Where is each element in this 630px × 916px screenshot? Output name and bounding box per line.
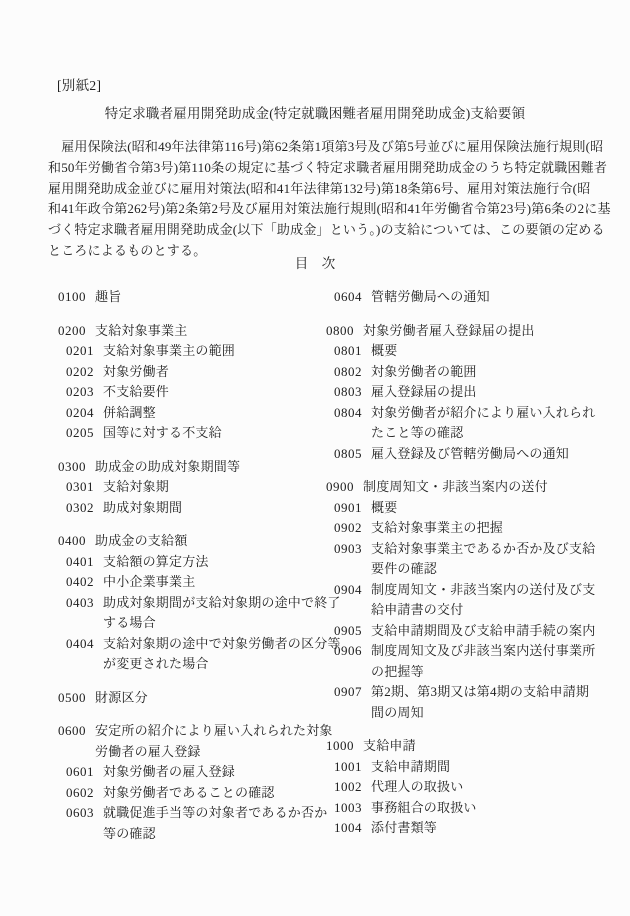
toc-entry: 0901概要	[326, 498, 610, 519]
toc-entry-text: 制度周知文及び非該当案内送付事業所	[371, 641, 595, 662]
toc-group: 0600安定所の紹介により雇い入れられた対象労働者の雇入登録0601対象労働者の…	[58, 721, 326, 844]
toc-entry: 等の確認	[58, 824, 326, 845]
toc-entry-text: 対象労働者の範囲	[371, 362, 477, 383]
toc-group: 0800対象労働者雇入登録届の提出0801概要0802対象労働者の範囲0803雇…	[326, 321, 610, 465]
intro-line: 和41年政令第262号)第2条第2号及び雇用対策法施行規則(昭和41年労働省令第…	[48, 199, 588, 220]
toc-entry: 1000支給申請	[326, 736, 610, 757]
toc-group: 0900制度周知文・非該当案内の送付0901概要0902支給対象事業主の把握09…	[326, 477, 610, 723]
toc-group: 0400助成金の支給額0401支給額の算定方法0402中小企業事業主0403助成…	[58, 531, 326, 675]
toc-entry-num	[66, 824, 103, 845]
toc-entry: 0401支給額の算定方法	[58, 552, 326, 573]
toc-entry-text: 間の周知	[371, 703, 424, 724]
toc-group: 0100趣旨	[58, 287, 326, 308]
toc-entry-num: 1003	[334, 798, 371, 819]
toc-entry: 0804対象労働者が紹介により雇い入れられ	[326, 403, 610, 424]
toc-entry: 0602対象労働者であることの確認	[58, 783, 326, 804]
toc-entry-num: 0205	[66, 423, 103, 444]
toc-entry-text: 支給対象期の途中で対象労働者の区分等	[103, 634, 341, 655]
toc-entry: 0900制度周知文・非該当案内の送付	[326, 477, 610, 498]
toc-entry-text: 等の確認	[103, 824, 156, 845]
toc-entry: 0200支給対象事業主	[58, 321, 326, 342]
toc-group: 0200支給対象事業主0201支給対象事業主の範囲0202対象労働者0203不支…	[58, 321, 326, 444]
toc-entry-num: 0803	[334, 382, 371, 403]
toc-entry-text: 支給対象事業主の把握	[371, 518, 503, 539]
toc-entry-num: 0801	[334, 341, 371, 362]
toc-entry: 0801概要	[326, 341, 610, 362]
toc-group: 1000支給申請1001支給申請期間1002代理人の取扱い1003事務組合の取扱…	[326, 736, 610, 839]
toc-entry: 0204併給調整	[58, 403, 326, 424]
toc-entry-num	[334, 423, 371, 444]
toc-entry-num: 1004	[334, 818, 371, 839]
toc-group: 0604管轄労働局への通知	[326, 287, 610, 308]
toc-entry: 0400助成金の支給額	[58, 531, 326, 552]
toc-entry-num: 0904	[334, 580, 371, 601]
toc-entry: 1004添付書類等	[326, 818, 610, 839]
toc-entry: 0500財源区分	[58, 688, 326, 709]
toc-entry-num: 0200	[58, 321, 95, 342]
toc-entry-num: 0100	[58, 287, 95, 308]
toc-entry-text: 支給額の算定方法	[103, 552, 209, 573]
toc-entry-num: 0903	[334, 539, 371, 560]
toc-entry-text: 支給申請期間	[371, 757, 450, 778]
toc-entry-num	[58, 742, 95, 763]
toc-entry-text: 財源区分	[95, 688, 148, 709]
toc-entry-text: 対象労働者であることの確認	[103, 783, 275, 804]
toc-entry-text: する場合	[103, 613, 156, 634]
toc-entry-text: 概要	[371, 498, 397, 519]
intro-line: 雇用保険法(昭和49年法律第116号)第62条第1項第3号及び第5号並びに雇用保…	[48, 137, 588, 158]
toc-entry-text: 給申請書の交付	[371, 600, 463, 621]
toc-entry-text: 助成金の支給額	[95, 531, 187, 552]
toc-entry: 0802対象労働者の範囲	[326, 362, 610, 383]
toc-entry-num: 1000	[326, 736, 363, 757]
toc-entry-num: 0907	[334, 682, 371, 703]
toc-entry: の把握等	[326, 662, 610, 683]
toc-entry-text: 概要	[371, 341, 397, 362]
toc-entry-num: 0300	[58, 457, 95, 478]
toc-entry-text: 支給申請	[363, 736, 416, 757]
intro-line: づく特定求職者雇用開発助成金(以下「助成金」という。)の支給については、この要領…	[48, 220, 588, 241]
toc-entry-num: 0302	[66, 498, 103, 519]
toc-entry-text: 助成対象期間が支給対象期の途中で終了	[103, 593, 341, 614]
toc-entry-text: 労働者の雇入登録	[95, 742, 201, 763]
toc-entry-text: 代理人の取扱い	[371, 777, 463, 798]
toc-entry-text: 支給申請期間及び支給申請手続の案内	[371, 621, 595, 642]
toc-entry-text: 管轄労働局への通知	[371, 287, 490, 308]
toc-entry-num	[334, 600, 371, 621]
toc-entry-num: 0804	[334, 403, 371, 424]
toc-entry-num: 0601	[66, 762, 103, 783]
toc-entry-text: 不支給要件	[103, 382, 169, 403]
toc-entry: 間の周知	[326, 703, 610, 724]
intro-line: 和50年労働省令第3号)第110条の規定に基づく特定求職者雇用開発助成金のうち特…	[48, 158, 588, 179]
toc-entry-num: 0602	[66, 783, 103, 804]
toc-entry-num: 0902	[334, 518, 371, 539]
toc-entry: 0205国等に対する不支給	[58, 423, 326, 444]
document-title: 特定求職者雇用開発助成金(特定就職困難者雇用開発助成金)支給要領	[0, 102, 630, 122]
toc-entry-num: 0805	[334, 444, 371, 465]
toc-entry-num: 0900	[326, 477, 363, 498]
toc-entry-text: 助成対象期間	[103, 498, 182, 519]
toc-entry: 1002代理人の取扱い	[326, 777, 610, 798]
toc-entry: 0203不支給要件	[58, 382, 326, 403]
toc-entry-num	[334, 703, 371, 724]
toc-entry: 0903支給対象事業主であるか否か及び支給	[326, 539, 610, 560]
toc-entry-num: 0203	[66, 382, 103, 403]
toc-group: 0500財源区分	[58, 688, 326, 709]
toc-entry-num: 0500	[58, 688, 95, 709]
document-page: [別紙2] 特定求職者雇用開発助成金(特定就職困難者雇用開発助成金)支給要領 雇…	[0, 0, 630, 916]
toc-entry-num	[334, 559, 371, 580]
attachment-tag: [別紙2]	[57, 74, 101, 94]
toc-entry-num: 0201	[66, 341, 103, 362]
toc-entry: 0402中小企業事業主	[58, 572, 326, 593]
toc-entry-text: 制度周知文・非該当案内の送付	[363, 477, 548, 498]
toc-entry: 0302助成対象期間	[58, 498, 326, 519]
toc-entry: が変更された場合	[58, 654, 326, 675]
toc-entry-text: の把握等	[371, 662, 424, 683]
toc-entry-num	[66, 654, 103, 675]
toc-entry: 0904制度周知文・非該当案内の送付及び支	[326, 580, 610, 601]
toc-entry-num: 0603	[66, 803, 103, 824]
toc-entry: 0601対象労働者の雇入登録	[58, 762, 326, 783]
toc-entry: たこと等の確認	[326, 423, 610, 444]
toc-entry-text: 要件の確認	[371, 559, 437, 580]
toc-entry-text: 対象労働者	[103, 362, 169, 383]
toc-entry: 0403助成対象期間が支給対象期の途中で終了	[58, 593, 326, 614]
toc-entry: 0404支給対象期の途中で対象労働者の区分等	[58, 634, 326, 655]
toc-entry-num: 0800	[326, 321, 363, 342]
toc-entry-text: 就職促進手当等の対象者であるか否か	[103, 803, 327, 824]
toc-entry: 1001支給申請期間	[326, 757, 610, 778]
toc-entry-num: 1002	[334, 777, 371, 798]
toc-entry-num: 0604	[334, 287, 371, 308]
toc-entry: 0301支給対象期	[58, 477, 326, 498]
toc-entry: 0805雇入登録及び管轄労働局への通知	[326, 444, 610, 465]
toc-entry-text: 対象労働者雇入登録届の提出	[363, 321, 535, 342]
toc-entry-num: 0402	[66, 572, 103, 593]
toc-entry: する場合	[58, 613, 326, 634]
toc-entry-num: 0905	[334, 621, 371, 642]
toc-entry-num: 0400	[58, 531, 95, 552]
toc-entry-num: 0901	[334, 498, 371, 519]
toc-entry-num: 0403	[66, 593, 103, 614]
toc-entry-text: 支給対象事業主の範囲	[103, 341, 235, 362]
toc-entry-text: 支給対象事業主	[95, 321, 187, 342]
toc-entry: 0603就職促進手当等の対象者であるか否か	[58, 803, 326, 824]
toc-entry-text: 国等に対する不支給	[103, 423, 222, 444]
toc-entry-text: 併給調整	[103, 403, 156, 424]
toc-column-right: 0604管轄労働局への通知0800対象労働者雇入登録届の提出0801概要0802…	[326, 287, 610, 857]
toc-entry-text: が変更された場合	[103, 654, 209, 675]
toc-heading: 目 次	[0, 252, 630, 272]
toc-entry-text: 事務組合の取扱い	[371, 798, 477, 819]
toc-entry: 0300助成金の助成対象期間等	[58, 457, 326, 478]
toc-entry-text: 添付書類等	[371, 818, 437, 839]
toc-entry: 0202対象労働者	[58, 362, 326, 383]
toc-entry-text: 雇入登録及び管轄労働局への通知	[371, 444, 569, 465]
toc-entry-text: 支給対象事業主であるか否か及び支給	[371, 539, 595, 560]
toc-group: 0300助成金の助成対象期間等0301支給対象期0302助成対象期間	[58, 457, 326, 519]
toc-entry-num: 0204	[66, 403, 103, 424]
toc-entry-text: 対象労働者の雇入登録	[103, 762, 235, 783]
toc-entry-text: 対象労働者が紹介により雇い入れられ	[371, 403, 595, 424]
toc-entry: 0803雇入登録届の提出	[326, 382, 610, 403]
toc-entry: 1003事務組合の取扱い	[326, 798, 610, 819]
toc-entry-text: 制度周知文・非該当案内の送付及び支	[371, 580, 595, 601]
toc-entry: 0906制度周知文及び非該当案内送付事業所	[326, 641, 610, 662]
toc-entry-text: 雇入登録届の提出	[371, 382, 477, 403]
toc-entry-num: 0202	[66, 362, 103, 383]
toc-entry: 0100趣旨	[58, 287, 326, 308]
toc-entry-num: 0600	[58, 721, 95, 742]
toc-entry-text: 支給対象期	[103, 477, 169, 498]
toc-entry-num: 0802	[334, 362, 371, 383]
toc-entry-text: 助成金の助成対象期間等	[95, 457, 240, 478]
toc-entry: 要件の確認	[326, 559, 610, 580]
toc-entry: 0604管轄労働局への通知	[326, 287, 610, 308]
toc-column-left: 0100趣旨0200支給対象事業主0201支給対象事業主の範囲0202対象労働者…	[58, 287, 326, 857]
intro-paragraph: 雇用保険法(昭和49年法律第116号)第62条第1項第3号及び第5号並びに雇用保…	[48, 137, 588, 262]
toc-entry: 0800対象労働者雇入登録届の提出	[326, 321, 610, 342]
toc-entry-num: 1001	[334, 757, 371, 778]
intro-line: 雇用開発助成金並びに雇用対策法(昭和41年法律第132号)第18条第6号、雇用対…	[48, 179, 588, 200]
toc-entry: 0201支給対象事業主の範囲	[58, 341, 326, 362]
table-of-contents: 0100趣旨0200支給対象事業主0201支給対象事業主の範囲0202対象労働者…	[58, 287, 614, 857]
toc-entry-num	[334, 662, 371, 683]
toc-entry-num: 0906	[334, 641, 371, 662]
toc-entry: 0905支給申請期間及び支給申請手続の案内	[326, 621, 610, 642]
toc-entry-text: 中小企業事業主	[103, 572, 195, 593]
toc-entry-text: たこと等の確認	[371, 423, 463, 444]
toc-entry-text: 安定所の紹介により雇い入れられた対象	[95, 721, 333, 742]
toc-entry: 給申請書の交付	[326, 600, 610, 621]
toc-entry: 0600安定所の紹介により雇い入れられた対象	[58, 721, 326, 742]
toc-entry-num	[66, 613, 103, 634]
toc-entry: 0907第2期、第3期又は第4期の支給申請期	[326, 682, 610, 703]
toc-entry-num: 0301	[66, 477, 103, 498]
toc-entry-num: 0404	[66, 634, 103, 655]
toc-entry: 労働者の雇入登録	[58, 742, 326, 763]
toc-entry-text: 趣旨	[95, 287, 121, 308]
toc-entry-num: 0401	[66, 552, 103, 573]
toc-entry-text: 第2期、第3期又は第4期の支給申請期	[371, 682, 589, 703]
toc-entry: 0902支給対象事業主の把握	[326, 518, 610, 539]
